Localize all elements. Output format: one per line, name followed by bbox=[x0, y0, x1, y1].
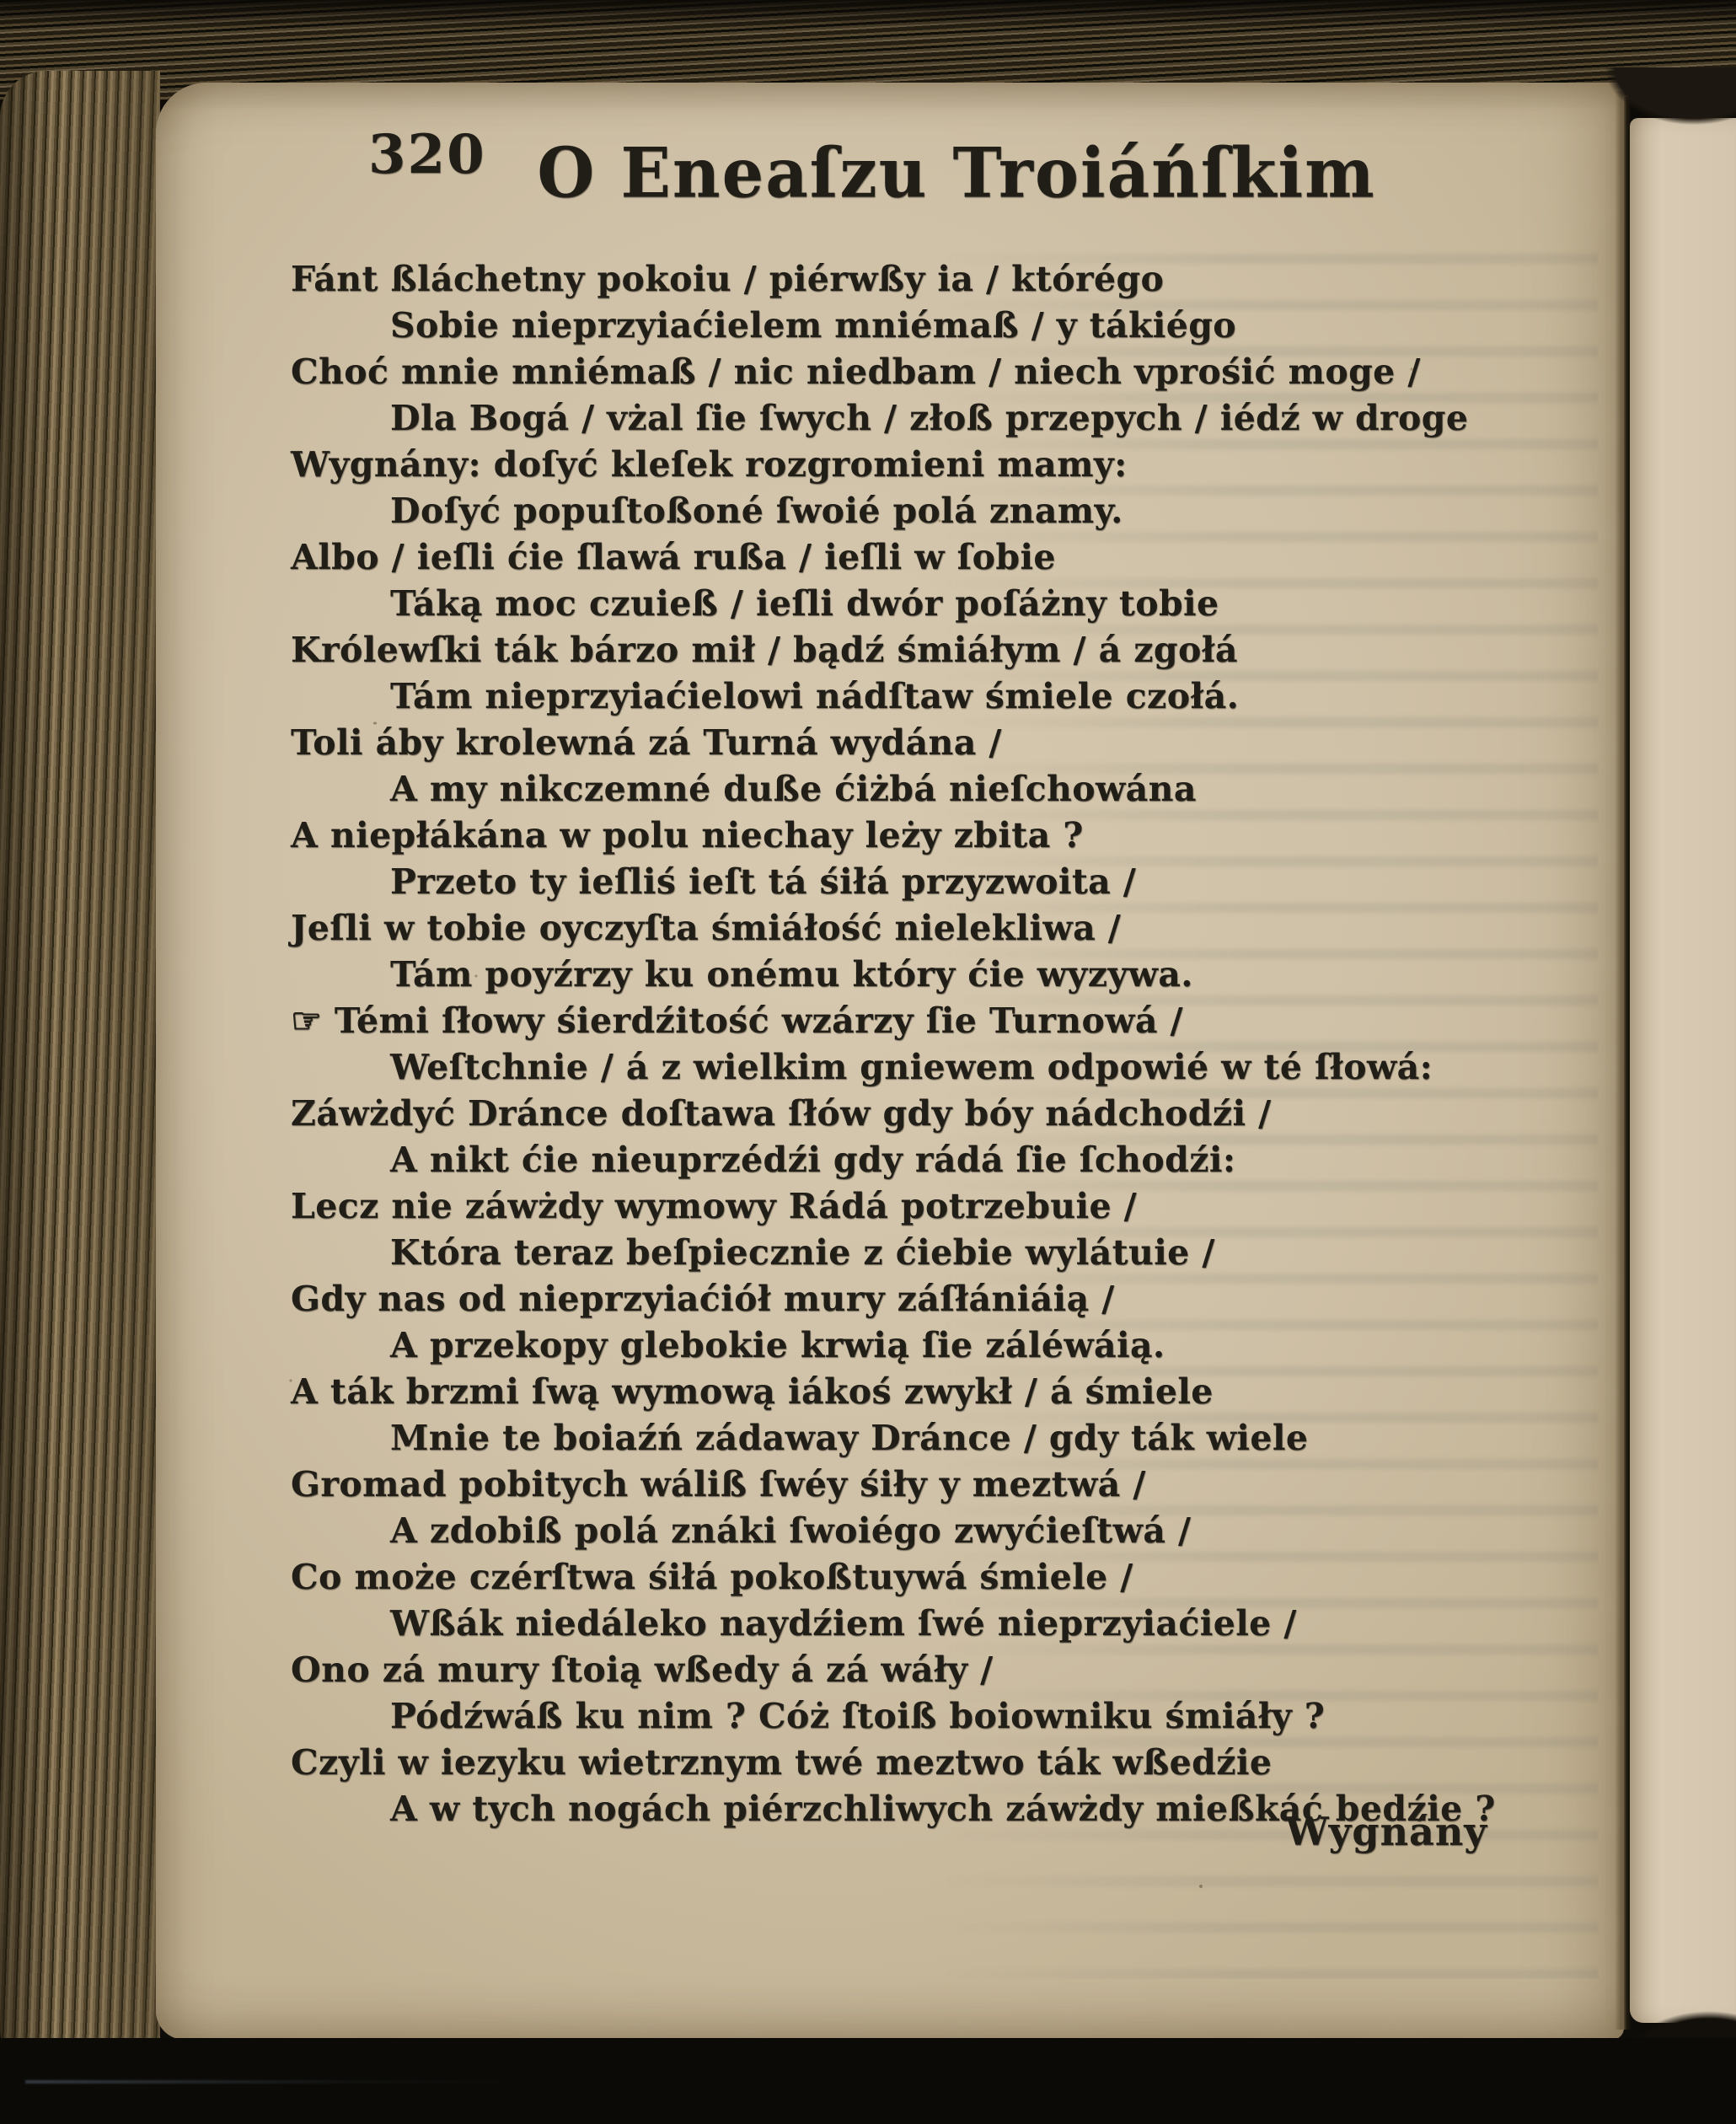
poem-line: Jeſli w tobie oyczyſta śmiáłość nielekli… bbox=[291, 905, 1555, 952]
poem-line: Królewſki ták bárzo mił / bądź śmiáłym /… bbox=[291, 627, 1555, 673]
poem-line: Czyli w iezyku wietrznym twé meztwo ták … bbox=[291, 1740, 1555, 1786]
poem-line: A ták brzmi ſwą wymową iákoś zwykł / á ś… bbox=[291, 1369, 1555, 1415]
catchword: Wygnány bbox=[1285, 1809, 1487, 1854]
poem-line: Táką moc czuieß / ieſli dwór poſáżny tob… bbox=[291, 581, 1555, 627]
poem-line: A przekopy glebokie krwią ſie záléwáią. bbox=[291, 1322, 1555, 1369]
poem-line: Lecz nie záwżdy wymowy Rádá potrzebuie / bbox=[291, 1183, 1555, 1230]
poem-line: Mnie te boiaźń zádaway Dránce / gdy ták … bbox=[291, 1415, 1555, 1462]
poem-line: Fánt ßláchetny pokoiu / piérwßy ia / któ… bbox=[291, 256, 1555, 303]
poem-line: Wßák niedáleko naydźiem ſwé nieprzyiaćie… bbox=[291, 1601, 1555, 1647]
gutter-fold bbox=[1615, 91, 1632, 2030]
poem-line: Toli áby krolewná zá Turná wydána / bbox=[291, 720, 1555, 766]
page-stack-left-edge bbox=[0, 71, 160, 2087]
poem-line: Ono zá mury ſtoią wßedy á zá wáły / bbox=[291, 1647, 1555, 1693]
poem-line: Przeto ty ieſliś ieſt tá śiłá przyzwoita… bbox=[291, 859, 1555, 905]
poem-line: Doſyć popuſtoßoné ſwoié polá znamy. bbox=[291, 488, 1555, 534]
book-page: 320 O Eneaſzu Troiáńſkim Fánt ßláchetny … bbox=[156, 83, 1624, 2040]
binding-shadow-top-right bbox=[1567, 67, 1736, 177]
running-header: O Eneaſzu Troiáńſkim bbox=[434, 133, 1479, 214]
poem-line: Tám nieprzyiaćielowi nádſtaw śmiele czoł… bbox=[291, 673, 1555, 720]
poem-line: Pódźwáß ku nim ? Cóż ſtoiß boiowniku śmi… bbox=[291, 1693, 1555, 1740]
poem-line: Dla Bogá / vżal ſie ſwych / złoß przepyc… bbox=[291, 395, 1555, 442]
poem-line: Weſtchnie / á z wielkim gniewem odpowié … bbox=[291, 1044, 1555, 1091]
poem-line: Sobie nieprzyiaćielem mniémaß / y tákiég… bbox=[291, 303, 1555, 349]
poem-line: A zdobiß polá znáki ſwoiégo zwyćieſtwá / bbox=[291, 1508, 1555, 1554]
poem-line: Gromad pobitych wáliß ſwéy śiły y meztwá… bbox=[291, 1462, 1555, 1508]
next-page-edge bbox=[1630, 118, 1736, 2023]
poem-line: Choć mnie mniémaß / nic niedbam / niech … bbox=[291, 349, 1555, 395]
poem-text-block: Fánt ßláchetny pokoiu / piérwßy ia / któ… bbox=[291, 256, 1555, 1832]
poem-line: A nikt ćie nieuprzédźi gdy rádá ſie ſcho… bbox=[291, 1137, 1555, 1183]
book-scan: 320 O Eneaſzu Troiáńſkim Fánt ßláchetny … bbox=[0, 0, 1736, 2124]
poem-line: Albo / ieſli ćie ſlawá rußa / ieſli w ſo… bbox=[291, 534, 1555, 581]
poem-line: ☞ Témi ſłowy śierdźitość wzárzy ſie Turn… bbox=[291, 998, 1555, 1044]
poem-line: Która teraz beſpiecznie z ćiebie wylátui… bbox=[291, 1230, 1555, 1276]
poem-line: Co może czérſtwa śiłá pokoßtuywá śmiele … bbox=[291, 1554, 1555, 1601]
poem-line: Tám poyźrzy ku onému który ćie wyzywa. bbox=[291, 952, 1555, 998]
poem-line: A niepłákána w polu niechay leży zbita ? bbox=[291, 813, 1555, 859]
poem-line: Wygnány: doſyć kleſek rozgromieni mamy: bbox=[291, 442, 1555, 488]
scan-artifact-line bbox=[25, 2080, 565, 2084]
poem-line: Gdy nas od nieprzyiaćiół mury záſłániáią… bbox=[291, 1276, 1555, 1322]
poem-line: A my nikczemné duße ćiżbá nieſchowána bbox=[291, 766, 1555, 813]
poem-line: Záwżdyć Dránce doſtawa ſłów gdy bóy nádc… bbox=[291, 1091, 1555, 1137]
